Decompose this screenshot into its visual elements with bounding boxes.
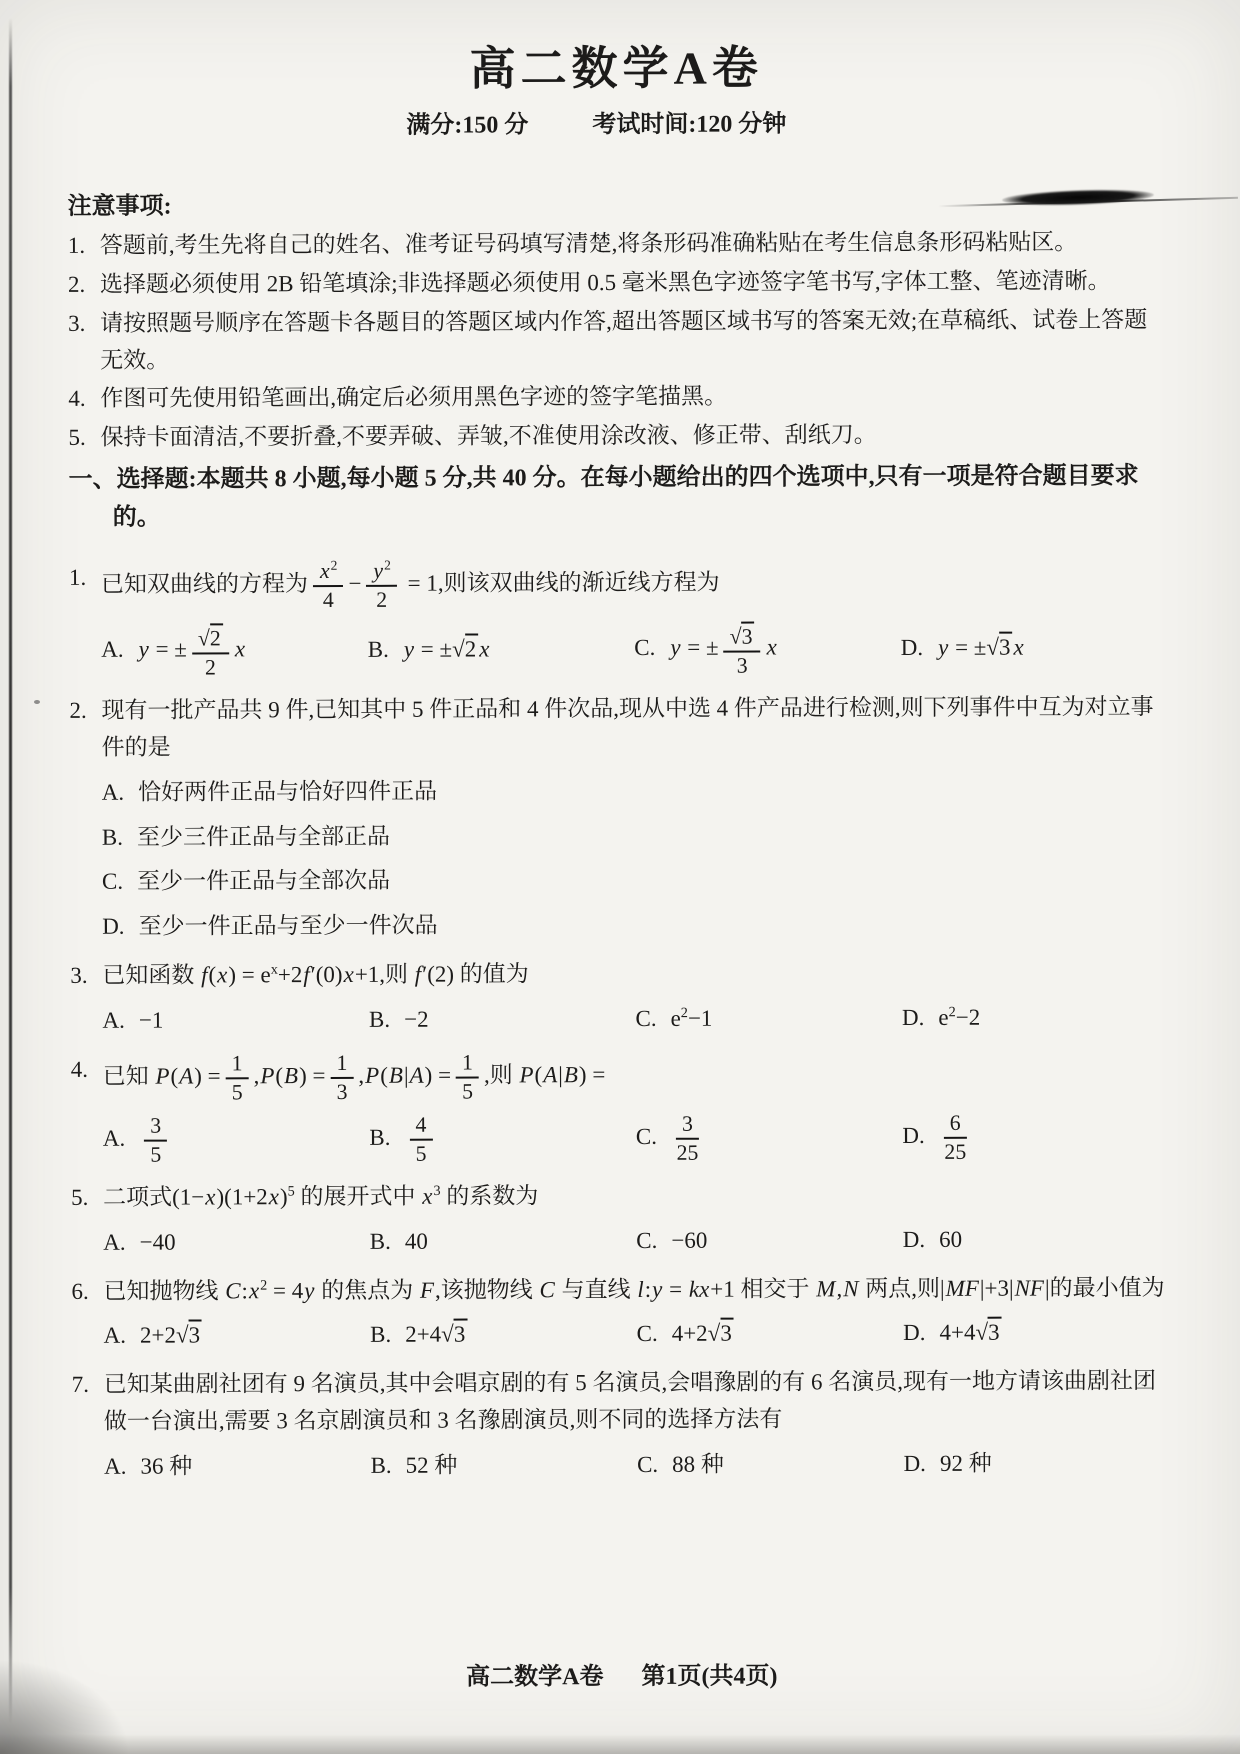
full-score-label: 满分:150 分: [406, 106, 528, 145]
notice-item: 4.作图可先使用铅笔画出,确定后必须用黑色字迹的签字笔描黑。: [68, 378, 1166, 419]
option-label: B.: [369, 1125, 390, 1150]
option-label: D.: [901, 635, 923, 660]
option: D.e2−2: [902, 999, 1169, 1037]
exam-paper-page: 高二数学A卷 满分:150 分 考试时间:120 分钟 注意事项: 1.答题前,…: [0, 0, 1240, 1754]
options: A.y = ±√22xB.y = ±√2xC.y = ±√33xD.y = ±√…: [69, 618, 1167, 681]
option-text: 52 种: [406, 1452, 458, 1477]
notice-item: 5.保持卡面清洁,不要折叠,不要弄破、弄皱,不准使用涂改液、修正带、刮纸刀。: [68, 416, 1166, 457]
question-stem-text: 已知抛物线 C:x2 = 4y 的焦点为 F,该抛物线 C 与直线 l:y = …: [103, 1275, 1164, 1304]
options: A.36 种B.52 种C.88 种D.92 种: [72, 1445, 1170, 1486]
option: A.36 种: [104, 1448, 371, 1486]
option: B.−2: [369, 1001, 636, 1039]
scan-bottom-shadow: [0, 1734, 1240, 1754]
option-text: 92 种: [940, 1451, 992, 1476]
option-label: B.: [102, 824, 123, 849]
notice-item-number: 1.: [68, 228, 85, 265]
option-label: C.: [102, 869, 123, 894]
option-label: D.: [904, 1451, 926, 1476]
option-text: y = ±√2x: [403, 637, 491, 662]
option-label: B.: [369, 1007, 390, 1032]
question: 1.已知双曲线的方程为x24−y22 = 1,则该双曲线的渐近线方程为A.y =…: [69, 556, 1167, 681]
footer-paper-name: 高二数学A卷: [466, 1664, 603, 1690]
option: D.625: [902, 1110, 1169, 1165]
option-text: 4+2√3: [672, 1321, 734, 1346]
question-stem-text: 二项式(1−x)(1+2x)5 的展开式中 x3 的系数为: [103, 1183, 538, 1210]
question-number: 2.: [69, 693, 86, 730]
option-text: −1: [139, 1007, 164, 1032]
footer-page-number: 第1页(共4页): [641, 1663, 777, 1689]
option-label: C.: [636, 1124, 657, 1149]
question-stem: 7.已知某曲剧社团有 9 名演员,其中会唱京剧的有 5 名演员,会唱豫剧的有 6…: [72, 1363, 1170, 1440]
option-label: D.: [102, 914, 124, 939]
option-text: 至少一件正品与至少一件次品: [139, 913, 438, 939]
section-number: 一、: [69, 467, 117, 493]
question: 3.已知函数 f(x) = ex+2f′(0)x+1,则 f′(2) 的值为A.…: [70, 954, 1168, 1039]
option-label: A.: [102, 780, 124, 805]
option: C.88 种: [637, 1446, 904, 1484]
question-stem-text: 已知双曲线的方程为x24−y22 = 1,则该双曲线的渐近线方程为: [101, 570, 720, 597]
option-text: 625: [939, 1123, 972, 1148]
option-text: 88 种: [672, 1452, 724, 1477]
options: A.恰好两件正品与恰好四件正品B.至少三件正品与全部正品C.至少一件正品与全部次…: [70, 771, 1169, 946]
option: A.恰好两件正品与恰好四件正品: [102, 771, 1168, 812]
option-text: 2+4√3: [405, 1322, 467, 1347]
question-stem: 3.已知函数 f(x) = ex+2f′(0)x+1,则 f′(2) 的值为: [70, 954, 1168, 995]
option-label: B.: [370, 1322, 391, 1347]
question-stem: 4.已知 P(A) =15,P(B) =13,P(B|A) =15,则 P(A|…: [71, 1048, 1169, 1106]
notice-item: 2.选择题必须使用 2B 铅笔填涂;非选择题必须使用 0.5 毫米黑色字迹签字笔…: [68, 263, 1166, 304]
option: A.−40: [103, 1224, 370, 1262]
option-label: A.: [101, 637, 123, 662]
question: 5.二项式(1−x)(1+2x)5 的展开式中 x3 的系数为A.−40B.40…: [71, 1176, 1169, 1261]
option-text: 4+4√3: [939, 1320, 1001, 1345]
question: 6.已知抛物线 C:x2 = 4y 的焦点为 F,该抛物线 C 与直线 l:y …: [71, 1270, 1169, 1355]
option: D.至少一件正品与至少一件次品: [102, 905, 1168, 946]
option: A.−1: [102, 1002, 369, 1040]
options: A.35B.45C.325D.625: [71, 1110, 1169, 1168]
option-text: e2−2: [938, 1005, 980, 1030]
option: B.45: [369, 1112, 636, 1167]
option-text: 2+2√3: [140, 1323, 202, 1348]
option: C.−60: [636, 1222, 903, 1260]
option: A.2+2√3: [104, 1317, 371, 1355]
notice-heading: 注意事项:: [68, 184, 1166, 226]
option: D.y = ±√3x: [901, 629, 1168, 667]
options: A.−40B.40C.−60D.60: [71, 1221, 1169, 1262]
options: A.2+2√3B.2+4√3C.4+2√3D.4+4√3: [72, 1315, 1170, 1356]
notice-item-text: 选择题必须使用 2B 铅笔填涂;非选择题必须使用 0.5 毫米黑色字迹签字笔书写…: [100, 268, 1111, 297]
notice-item: 1.答题前,考生先将自己的姓名、准考证号码填写清楚,将条形码准确粘贴在考生信息条…: [68, 224, 1166, 265]
page-footer: 高二数学A卷第1页(共4页): [73, 1656, 1171, 1710]
option: A.35: [103, 1113, 370, 1168]
option: C.至少一件正品与全部次品: [102, 861, 1168, 902]
option-label: A.: [102, 1008, 124, 1033]
option-label: A.: [103, 1126, 125, 1151]
notice-item-number: 3.: [68, 306, 85, 343]
page-content: 高二数学A卷 满分:150 分 考试时间:120 分钟 注意事项: 1.答题前,…: [0, 0, 1240, 1754]
option-label: D.: [902, 1123, 924, 1148]
option-label: A.: [103, 1230, 125, 1255]
option-text: 恰好两件正品与恰好四件正品: [138, 779, 437, 805]
notice-item-text: 作图可先使用铅笔画出,确定后必须用黑色字迹的签字笔描黑。: [100, 384, 727, 411]
option-label: A.: [104, 1323, 126, 1348]
option-text: 35: [139, 1126, 172, 1151]
question-number: 3.: [70, 958, 87, 995]
question-stem: 1.已知双曲线的方程为x24−y22 = 1,则该双曲线的渐近线方程为: [69, 556, 1167, 614]
option-label: C.: [637, 1321, 658, 1346]
notice-item-number: 5.: [68, 420, 85, 457]
option-text: 325: [671, 1124, 704, 1149]
question-stem-text: 已知函数 f(x) = ex+2f′(0)x+1,则 f′(2) 的值为: [102, 961, 529, 987]
question-number: 1.: [69, 560, 86, 597]
option-text: 至少三件正品与全部正品: [137, 823, 390, 849]
option-text: −2: [404, 1007, 429, 1032]
option-text: 36 种: [140, 1453, 192, 1478]
option-label: B.: [371, 1453, 392, 1478]
option-label: C.: [635, 1006, 656, 1031]
option: C.325: [636, 1111, 903, 1166]
option-label: B.: [368, 637, 389, 662]
option-label: B.: [370, 1229, 391, 1254]
question-number: 4.: [71, 1052, 88, 1089]
question-stem: 6.已知抛物线 C:x2 = 4y 的焦点为 F,该抛物线 C 与直线 l:y …: [71, 1270, 1169, 1311]
option-label: D.: [903, 1227, 925, 1252]
option: B.y = ±√2x: [368, 631, 635, 669]
page-title: 高二数学A卷: [67, 38, 1165, 99]
notice-item-text: 请按照题号顺序在答题卡各题目的答题区域内作答,超出答题区域书写的答案无效;在草稿…: [100, 307, 1147, 372]
question: 7.已知某曲剧社团有 9 名演员,其中会唱京剧的有 5 名演员,会唱豫剧的有 6…: [72, 1363, 1170, 1485]
question-stem: 2.现有一批产品共 9 件,已知其中 5 件正品和 4 件次品,现从中选 4 件…: [69, 689, 1167, 766]
option-text: −40: [140, 1229, 176, 1254]
notice-item-number: 4.: [68, 381, 85, 418]
option-label: C.: [637, 1452, 658, 1477]
exam-meta: 满分:150 分 考试时间:120 分钟: [47, 104, 1145, 146]
notice-item-number: 2.: [68, 267, 85, 304]
question-number: 7.: [72, 1367, 89, 1404]
option: B.52 种: [370, 1447, 637, 1485]
question-stem-text: 已知某曲剧社团有 9 名演员,其中会唱京剧的有 5 名演员,会唱豫剧的有 6 名…: [104, 1368, 1156, 1433]
question-number: 6.: [71, 1274, 88, 1311]
question-number: 5.: [71, 1180, 88, 1217]
notice-section: 注意事项: 1.答题前,考生先将自己的姓名、准考证号码填写清楚,将条形码准确粘贴…: [68, 184, 1167, 457]
question-stem: 5.二项式(1−x)(1+2x)5 的展开式中 x3 的系数为: [71, 1176, 1169, 1217]
option-text: y = ±√22x: [138, 636, 247, 661]
notice-item: 3.请按照题号顺序在答题卡各题目的答题区域内作答,超出答题区域书写的答案无效;在…: [68, 302, 1166, 379]
option-label: D.: [903, 1320, 925, 1345]
notice-item-text: 答题前,考生先将自己的姓名、准考证号码填写清楚,将条形码准确粘贴在考生信息条形码…: [100, 230, 1078, 258]
option: C.4+2√3: [637, 1315, 904, 1353]
notice-item-text: 保持卡面清洁,不要折叠,不要弄破、弄皱,不准使用涂改液、修正带、刮纸刀。: [100, 422, 876, 450]
option-text: 45: [404, 1125, 437, 1150]
option-text: e2−1: [671, 1006, 713, 1031]
question: 2.现有一批产品共 9 件,已知其中 5 件正品和 4 件次品,现从中选 4 件…: [69, 689, 1168, 946]
option-label: C.: [636, 1228, 657, 1253]
option-label: C.: [634, 635, 655, 660]
option-text: −60: [671, 1228, 707, 1253]
option: B.至少三件正品与全部正品: [102, 816, 1168, 857]
notice-items: 1.答题前,考生先将自己的姓名、准考证号码填写清楚,将条形码准确粘贴在考生信息条…: [68, 224, 1167, 457]
option: C.e2−1: [635, 1000, 902, 1038]
option-text: 至少一件正品与全部次品: [137, 868, 390, 894]
question-stem-text: 已知 P(A) =15,P(B) =13,P(B|A) =15,则 P(A|B)…: [103, 1062, 606, 1089]
exam-time-label: 考试时间:120 分钟: [592, 105, 786, 144]
option-label: A.: [104, 1454, 126, 1479]
option-label: D.: [902, 1005, 924, 1030]
option-text: y = ±√3x: [937, 635, 1025, 660]
option-text: y = ±√33x: [669, 634, 778, 659]
question: 4.已知 P(A) =15,P(B) =13,P(B|A) =15,则 P(A|…: [71, 1048, 1169, 1168]
option: B.2+4√3: [370, 1316, 637, 1354]
section-heading-text: 选择题:本题共 8 小题,每小题 5 分,共 40 分。在每小题给出的四个选项中…: [113, 463, 1139, 531]
option-text: 40: [405, 1229, 428, 1254]
option: B.40: [370, 1223, 637, 1261]
section-heading: 一、选择题:本题共 8 小题,每小题 5 分,共 40 分。在每小题给出的四个选…: [69, 457, 1167, 538]
question-list: 1.已知双曲线的方程为x24−y22 = 1,则该双曲线的渐近线方程为A.y =…: [69, 544, 1170, 1486]
question-stem-text: 现有一批产品共 9 件,已知其中 5 件正品和 4 件次品,现从中选 4 件产品…: [101, 694, 1153, 759]
option: C.y = ±√33x: [634, 619, 901, 679]
option: D.60: [903, 1221, 1170, 1259]
options: A.−1B.−2C.e2−1D.e2−2: [70, 999, 1168, 1040]
option: A.y = ±√22x: [101, 621, 368, 681]
option-text: 60: [939, 1227, 962, 1252]
option: D.92 种: [903, 1445, 1170, 1483]
option: D.4+4√3: [903, 1315, 1170, 1353]
